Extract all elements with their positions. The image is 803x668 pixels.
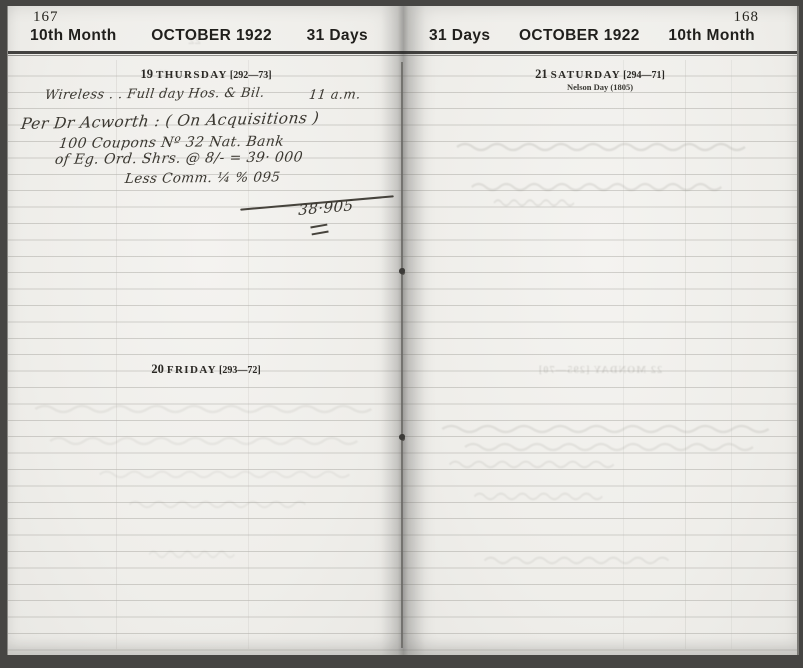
- day-heading-saturday: 21SATURDAY[294—71]: [403, 68, 797, 82]
- day-number: 20: [151, 362, 164, 376]
- month-header-right: 31 Days OCTOBER 1922 10th Month: [403, 27, 797, 45]
- ghost-print-fragment: 22: [158, 69, 168, 80]
- month-header-right-slot: 10th Month: [668, 27, 755, 45]
- month-header-left-slot: 10th Month: [30, 27, 117, 45]
- day-of-year-bracket: [293—72]: [219, 365, 261, 376]
- header-rule-left: [8, 51, 404, 56]
- month-header-left-slot: 31 Days: [429, 27, 490, 45]
- header-rule-right: [403, 51, 797, 56]
- ghost-handwriting: [483, 552, 713, 567]
- feint-vertical-rule: [685, 60, 686, 649]
- handwriting-appointment: Wireless . . Full day Hos. & Bil.: [44, 86, 265, 103]
- ghost-handwriting: [448, 456, 668, 471]
- day-name: FRIDAY: [167, 364, 217, 376]
- month-header-left: 10th Month OCTOBER 1922 31 Days: [8, 27, 404, 45]
- ghost-handwriting: [128, 496, 348, 511]
- feint-vertical-rule: [623, 60, 624, 649]
- handwriting-double-underline: [310, 224, 328, 236]
- binding-stitch-thread: [401, 62, 403, 648]
- ghost-print-fragment: 22: [188, 32, 201, 48]
- month-header-center-slot: OCTOBER 1922: [519, 27, 640, 45]
- day-note-nelson-day: Nelson Day (1805): [403, 82, 797, 92]
- day-of-year-bracket: [294—71]: [623, 70, 665, 81]
- ghost-handwriting: [98, 466, 358, 481]
- ghost-handwriting: [48, 432, 368, 448]
- day-name: SATURDAY: [551, 69, 622, 81]
- ghost-handwriting: [455, 138, 755, 154]
- ghost-handwriting: [463, 438, 763, 454]
- handwriting-ledger-line4: Less Comm. ¼ % 095: [124, 169, 281, 187]
- handwriting-appointment-time: 11 a.m.: [308, 87, 362, 103]
- diary-scan: 167 10th Month OCTOBER 1922 31 Days 22 1…: [0, 0, 803, 668]
- day-heading-thursday: 19THURSDAY[292—73]: [8, 68, 404, 82]
- page-number-right: 168: [734, 9, 760, 26]
- handwriting-ledger-line1: Per Dr Acworth : ( On Acquisitions ): [20, 109, 320, 133]
- diary-page-left: 167 10th Month OCTOBER 1922 31 Days 22 1…: [7, 6, 404, 655]
- day-of-year-bracket: [292—73]: [230, 70, 272, 81]
- ruled-lines-right: [403, 60, 797, 652]
- month-header-right-slot: 31 Days: [307, 27, 368, 45]
- month-header-center-slot: OCTOBER 1922: [151, 27, 272, 45]
- ghost-handwriting: [470, 178, 730, 194]
- ghost-handwriting: [473, 488, 673, 503]
- page-number-left: 167: [33, 9, 59, 26]
- day-number: 21: [535, 67, 548, 81]
- day-heading-friday: 20FRIDAY[293—72]: [8, 363, 404, 377]
- ghost-handwriting: [493, 195, 643, 209]
- feint-vertical-rule: [731, 60, 732, 649]
- ghost-handwriting: [440, 420, 780, 436]
- ghost-handwriting: [33, 400, 383, 416]
- ghost-handwriting: [148, 546, 308, 561]
- diary-page-right: 168 31 Days OCTOBER 1922 10th Month 21SA…: [403, 6, 799, 655]
- handwriting-ledger-line3: of Eg. Ord. Shrs. @ 8/- = 39· 000: [54, 149, 304, 168]
- day-number: 19: [140, 67, 153, 81]
- ghost-day-heading-monday: 22 MONDAY [295—70]: [403, 365, 797, 376]
- handwriting-total: 38·905: [298, 196, 354, 219]
